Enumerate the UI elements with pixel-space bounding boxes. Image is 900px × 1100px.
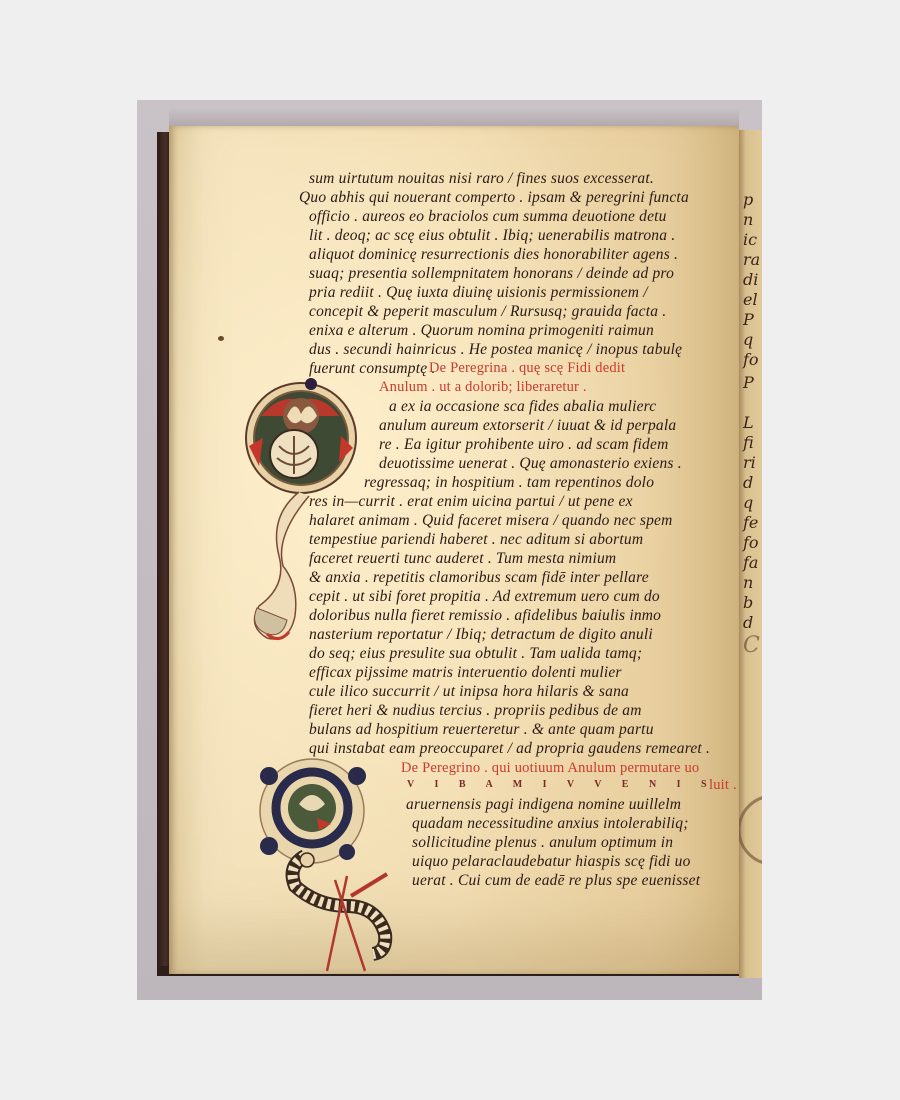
facing-text-fragment: P <box>743 312 754 328</box>
text-line: aliquot dominicę resurrectionis dies hon… <box>309 247 678 263</box>
text-line: aruernensis pagi indigena nomine uuillel… <box>406 797 681 813</box>
text-line: res in—currit . erat enim uicina partui … <box>309 494 633 510</box>
text-line: concepit & peperit masculum / Rursusq; g… <box>309 304 666 320</box>
text-line: a ex ia occasione sca fides abalia mulie… <box>389 399 656 415</box>
text-line: efficax pijssime matris interuentio dole… <box>309 665 622 681</box>
facing-text-fragment: n <box>743 575 753 591</box>
rubric-heading-2: De Peregrino . qui uotiuum Anulum permut… <box>401 761 699 776</box>
facing-text-fragment: ra <box>743 252 760 268</box>
text-line: dus . secundi hainricus . He postea mani… <box>309 342 682 358</box>
facing-text-fragment: fo <box>743 535 759 551</box>
facing-text-fragment: ic <box>743 232 757 248</box>
text-line: re . Ea igitur prohibente uiro . ad scam… <box>379 437 668 453</box>
facing-text-fragment: b <box>743 595 753 611</box>
facing-text-fragment: fa <box>743 555 758 571</box>
facing-text-fragment: fo <box>743 352 759 368</box>
facing-page-edge: p n ic ra di el P q fo P L fi ri d q fe … <box>739 130 762 978</box>
display-capitals: V I B A M I V V E N I S <box>407 780 716 790</box>
text-line: nasterium reportatur / Ibiq; detractum d… <box>309 627 653 643</box>
facing-text-fragment: di <box>743 272 758 288</box>
text-line: officio . aureos eo braciolos cum summa … <box>309 209 667 225</box>
text-line: enixa e alterum . Quorum nomina primogen… <box>309 323 654 339</box>
text-line: anulum aureum extorserit / iuuat & id pe… <box>379 418 676 434</box>
facing-text-fragment: q <box>743 332 753 348</box>
parchment-page: sum uirtutum nouitas nisi raro / fines s… <box>169 126 739 974</box>
facing-text-fragment: L <box>743 415 754 431</box>
text-line: sollicitudine plenus . anulum optimum in <box>412 835 673 851</box>
text-line: cule ilico succurrit / ut inipsa hora hi… <box>309 684 629 700</box>
text-line: do seq; eius presulite sua obtulit . Tam… <box>309 646 642 662</box>
text-line: fuerunt consumptę . <box>309 361 436 377</box>
rubric-heading-2-cont: luit . <box>709 778 737 793</box>
facing-text-fragment: q <box>743 495 753 511</box>
rubric-heading-1-cont: Anulum . ut a dolorib; liberaretur . <box>379 380 587 395</box>
text-line: regressaq; in hospitium . tam repentinos… <box>364 475 654 491</box>
text-line: lit . deoq; ac scę eius obtulit . Ibiq; … <box>309 228 675 244</box>
illuminated-initial-1 <box>239 376 369 646</box>
text-line: pria rediit . Quę iuxta diuinę uisionis … <box>309 285 648 301</box>
illuminated-initial-2 <box>247 756 407 976</box>
facing-text-fragment: C <box>743 635 760 657</box>
text-line: cepit . ut sibi foret propitia . Ad extr… <box>309 589 660 605</box>
text-line: sum uirtutum nouitas nisi raro / fines s… <box>309 171 654 187</box>
page-top-shadow <box>169 108 739 128</box>
text-line: fieret heri & nudius tercius . propriis … <box>309 703 642 719</box>
text-line: faceret reuerti tunc auderet . Tum mesta… <box>309 551 616 567</box>
facing-text-fragment: fe <box>743 515 758 531</box>
facing-text-fragment: P <box>743 375 754 391</box>
facing-text-fragment: d <box>743 615 753 631</box>
text-line: doloribus nulla fieret remissio . afidel… <box>309 608 661 624</box>
text-line: tempestiue pariendi haberet . nec aditum… <box>309 532 643 548</box>
facing-text-fragment: el <box>743 292 758 308</box>
text-line: deuotissime uenerat . Quę amonasterio ex… <box>379 456 682 472</box>
text-line: quadam necessitudine anxius intolerabili… <box>412 816 689 832</box>
text-line: uiquo pelaraclaudebatur hiaspis scę fidi… <box>412 854 691 870</box>
parchment-stain <box>218 336 224 341</box>
facing-text-fragment: d <box>743 475 753 491</box>
text-line: suaq; presentia sollempnitatem honorans … <box>309 266 674 282</box>
facing-text-fragment: ri <box>743 455 756 471</box>
manuscript-photo: sum uirtutum nouitas nisi raro / fines s… <box>137 100 762 1000</box>
rubric-heading-1: De Peregrina . quę scę Fidi dedit <box>429 361 625 376</box>
text-line: uerat . Cui cum de eadē re plus spe euen… <box>412 873 700 889</box>
text-line: & anxia . repetitis clamoribus scam fidē… <box>309 570 649 586</box>
facing-page-initial-fragment <box>739 770 762 890</box>
text-line: halaret animam . Quid faceret misera / q… <box>309 513 673 529</box>
text-line: qui instabat eam preoccuparet / ad propr… <box>309 741 710 757</box>
text-line: bulans ad hospitium reuerteretur . & ant… <box>309 722 654 738</box>
facing-text-fragment: fi <box>743 435 754 451</box>
facing-text-fragment: p <box>743 192 753 208</box>
facing-text-fragment: n <box>743 212 753 228</box>
text-line: Quo abhis qui nouerant comperto . ipsam … <box>299 190 689 206</box>
